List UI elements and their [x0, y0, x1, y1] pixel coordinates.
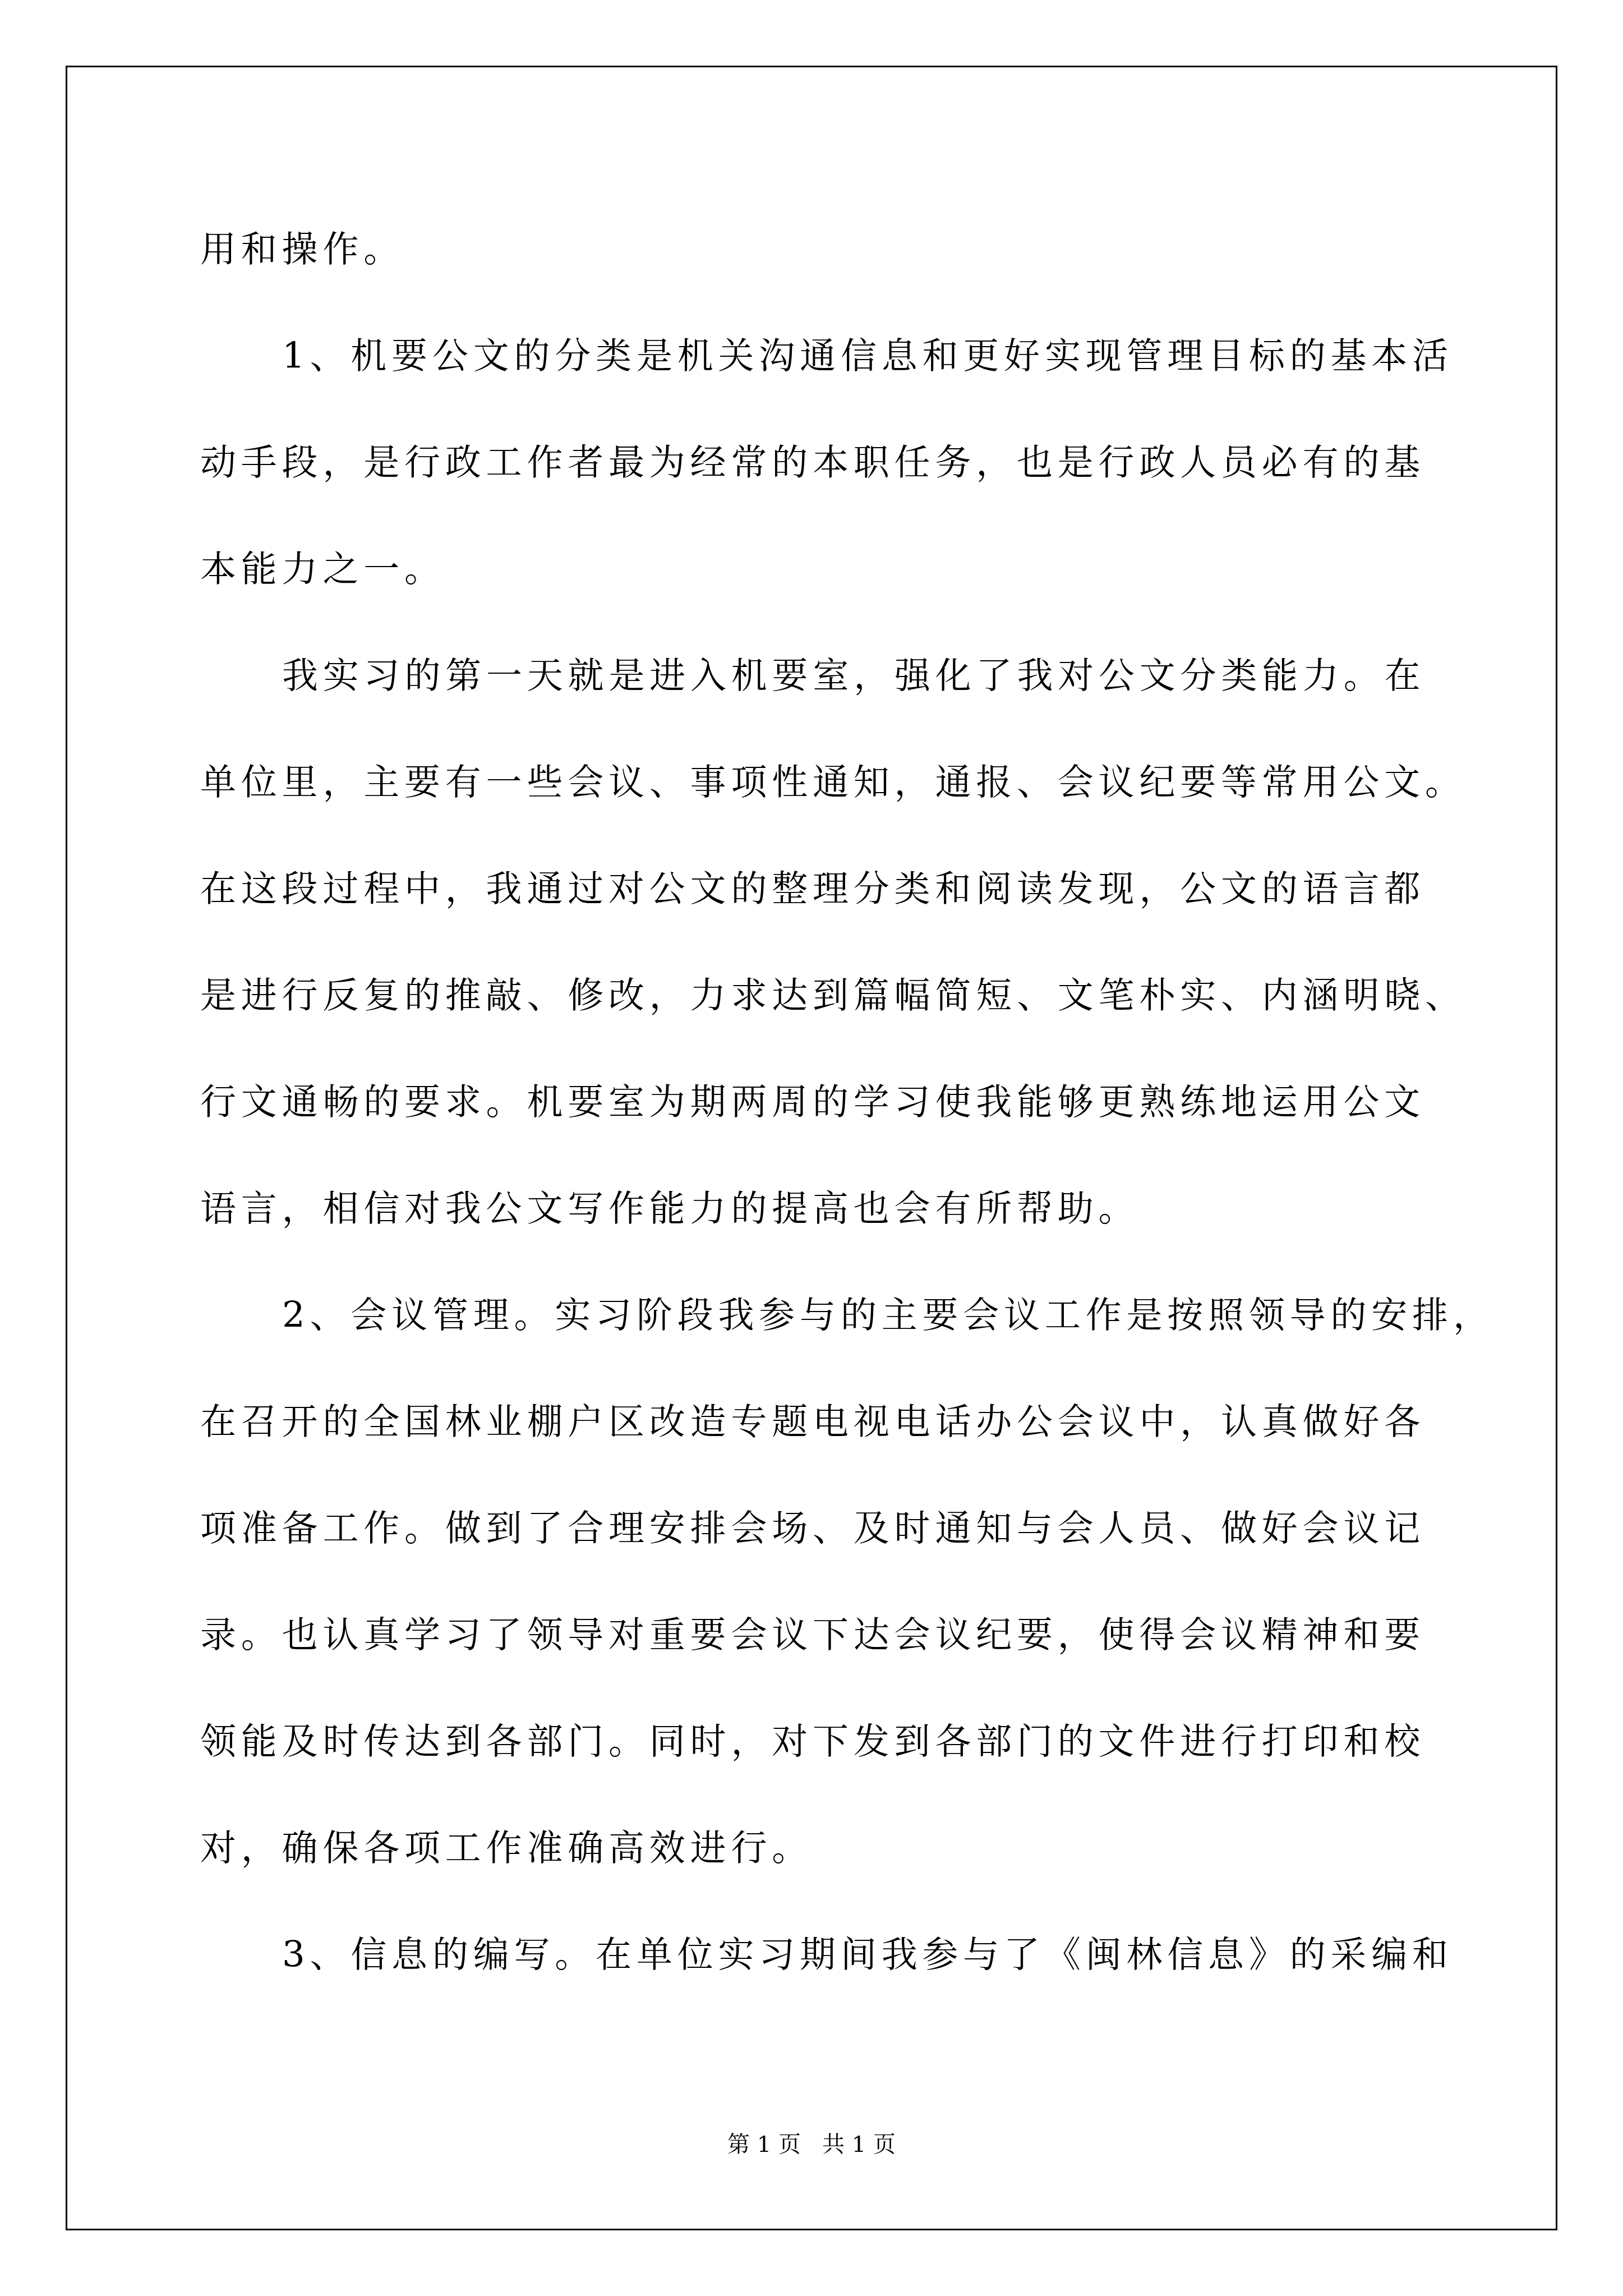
text-line: 对，确保各项工作准确高效进行。 [200, 1826, 1434, 1871]
text-line: 是进行反复的推敲、修改，力求达到篇幅简短、文笔朴实、内涵明晓、 [200, 973, 1434, 1018]
text-line: 行文通畅的要求。机要室为期两周的学习使我能够更熟练地运用公文 [200, 1080, 1434, 1125]
text-line: 项准备工作。做到了合理安排会场、及时通知与会人员、做好会议记 [200, 1506, 1434, 1551]
text-line: 在召开的全国林业棚户区改造专题电视电话办公会议中，认真做好各 [200, 1400, 1434, 1444]
page-number-footer: 第 1 页 共 1 页 [0, 2132, 1623, 2157]
text-line: 本能力之一。 [200, 547, 1434, 592]
text-line: 1、机要公文的分类是机关沟通信息和更好实现管理目标的基本活 [282, 334, 1516, 379]
page-border [66, 66, 1557, 2230]
text-line: 用和操作。 [200, 227, 1434, 272]
text-line: 2、会议管理。实习阶段我参与的主要会议工作是按照领导的安排， [282, 1293, 1516, 1338]
text-line: 录。也认真学习了领导对重要会议下达会议纪要，使得会议精神和要 [200, 1613, 1434, 1658]
text-line: 3、信息的编写。在单位实习期间我参与了《闽林信息》的采编和 [282, 1932, 1516, 1977]
text-line: 语言，相信对我公文写作能力的提高也会有所帮助。 [200, 1186, 1434, 1231]
text-line: 单位里，主要有一些会议、事项性通知，通报、会议纪要等常用公文。 [200, 760, 1434, 805]
text-line: 动手段，是行政工作者最为经常的本职任务，也是行政人员必有的基 [200, 440, 1434, 485]
text-line: 在这段过程中，我通过对公文的整理分类和阅读发现，公文的语言都 [200, 867, 1434, 912]
text-line: 领能及时传达到各部门。同时，对下发到各部门的文件进行打印和校 [200, 1719, 1434, 1764]
text-line: 我实习的第一天就是进入机要室，强化了我对公文分类能力。在 [282, 654, 1516, 698]
